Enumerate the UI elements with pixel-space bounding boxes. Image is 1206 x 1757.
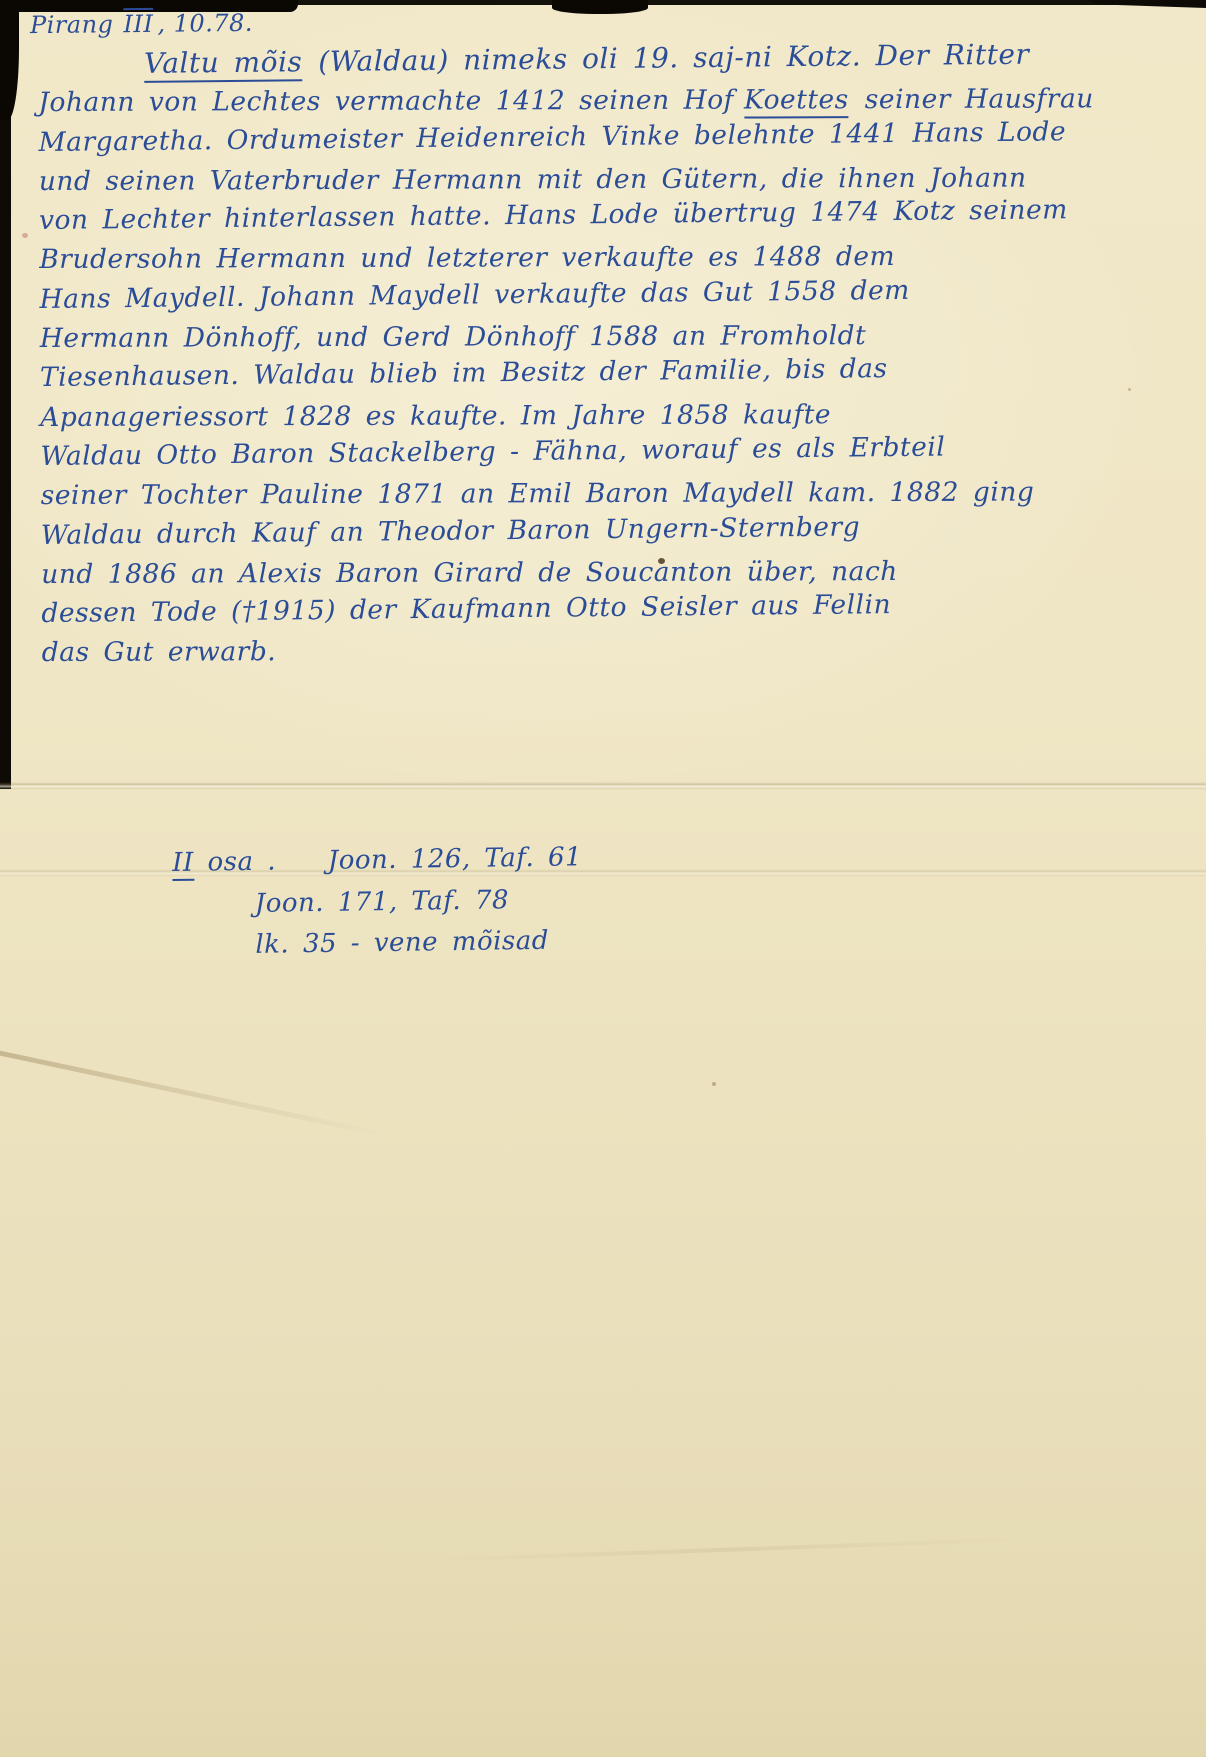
fold-crease-bottom <box>420 1538 1020 1563</box>
reference-line: Joon. 171, Taf. 78 <box>173 884 583 931</box>
figure-reference: Joon. 126, Taf. 61 <box>328 842 583 876</box>
source-name: Pirang <box>30 10 114 39</box>
note-body: Valtu mõis(Waldau) nimeks oli 19. saj-ni… <box>38 41 1132 676</box>
source-date: , 10.78. <box>157 9 253 38</box>
hof-name-underlined: Koettes <box>744 84 849 118</box>
part-label: osa . <box>207 847 276 878</box>
reference-line: II osa . Joon. 126, Taf. 61 <box>172 842 582 889</box>
paper-speck <box>22 233 28 238</box>
scan-edge-top-right <box>1086 0 1206 8</box>
note-line: das Gut erwarb. <box>42 634 1132 677</box>
scanned-archive-page: PirangIII, 10.78. Valtu mõis(Waldau) nim… <box>0 0 1206 1757</box>
source-reference-header: PirangIII, 10.78. <box>30 9 253 39</box>
fold-crease-upper <box>0 782 1206 790</box>
line2-post: seiner Hausfrau <box>865 84 1094 116</box>
source-volume-numeral: III <box>123 10 153 38</box>
manor-name-estonian: Valtu mõis <box>144 45 303 83</box>
paper-speck <box>712 1082 716 1086</box>
fold-crease-diagonal <box>0 1040 381 1136</box>
title-continuation: (Waldau) nimeks oli 19. saj-ni Kotz. Der… <box>318 38 1029 78</box>
reference-line: lk. 35 - vene mõisad <box>173 925 583 972</box>
scan-edge-left-corner <box>0 0 19 120</box>
scan-edge-top-blob <box>552 0 648 14</box>
line2-pre: Johann von Lechtes vermachte 1412 seinen… <box>38 85 734 118</box>
part-numeral-underlined: II <box>172 848 194 881</box>
note-title-line: Valtu mõis(Waldau) nimeks oli 19. saj-ni… <box>38 37 1128 88</box>
reference-list: II osa . Joon. 126, Taf. 61 Joon. 171, T… <box>172 842 584 972</box>
